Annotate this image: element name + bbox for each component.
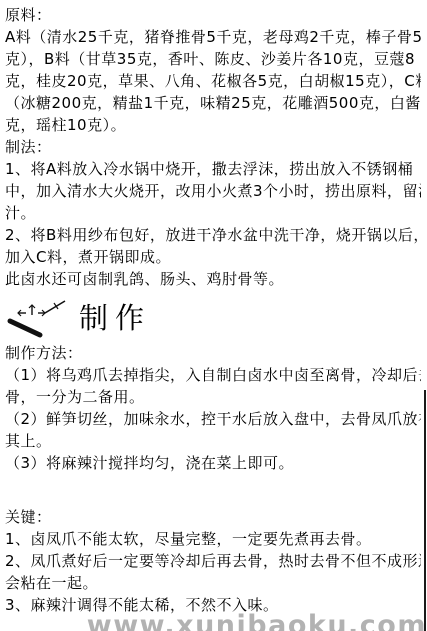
text-line: 此卤水还可卤制乳鸽、肠头、鸡肘骨等。: [5, 268, 421, 290]
text-line: 其上。: [5, 430, 421, 452]
right-border-line: [424, 390, 426, 631]
ingredients-heading: 原料：: [5, 4, 421, 26]
key-points-heading: 关键：: [5, 506, 421, 528]
watermark: www.xunibaoku.com: [87, 615, 427, 631]
production-section-heading: 制作: [5, 296, 421, 340]
text-line: （冰糖200克，精盐1千克，味精25克，花雕酒500克，白酱油50: [5, 92, 421, 114]
preparation-text: （1）将乌鸡爪去掉指尖，入自制白卤水中卤至离骨，冷却后去骨，一分为二备用。（2）…: [5, 364, 421, 474]
ingredients-text: A料（清水25千克，猪脊推骨5千克，老母鸡2千克，棒子骨5千克），B料（甘草35…: [5, 26, 421, 136]
section-method: 制法： 1、将A料放入冷水锅中烧开，撒去浮沫，捞出放入不锈钢桶中，加入清水大火烧…: [5, 136, 421, 290]
text-line: 骨，一分为二备用。: [5, 386, 421, 408]
preparation-heading: 制作方法：: [5, 342, 421, 364]
text-line: （1）将乌鸡爪去掉指尖，入自制白卤水中卤至离骨，冷却后去: [5, 364, 421, 386]
text-line: 会粘在一起。: [5, 572, 421, 594]
section-ingredients: 原料： A料（清水25千克，猪脊推骨5千克，老母鸡2千克，棒子骨5千克），B料（…: [5, 4, 421, 136]
text-line: 加入C料，煮开锅即成。: [5, 246, 421, 268]
text-line: 克，瑶柱10克）。: [5, 114, 421, 136]
text-line: 1、将A料放入冷水锅中烧开，撒去浮沫，捞出放入不锈钢桶: [5, 158, 421, 180]
text-line: 1、卤凤爪不能太软，尽量完整，一定要先煮再去骨。: [5, 528, 421, 550]
section-key-points: 关键： 1、卤凤爪不能太软，尽量完整，一定要先煮再去骨。2、凤爪煮好后一定要等冷…: [5, 506, 421, 616]
key-points-text: 1、卤凤爪不能太软，尽量完整，一定要先煮再去骨。2、凤爪煮好后一定要等冷却后再去…: [5, 528, 421, 616]
production-section-title: 制作: [79, 296, 151, 340]
knife-sketch-icon: [5, 296, 67, 340]
text-line: 2、凤爪煮好后一定要等冷却后再去骨，热时去骨不但不成形还: [5, 550, 421, 572]
text-line: A料（清水25千克，猪脊推骨5千克，老母鸡2千克，棒子骨5千: [5, 26, 421, 48]
text-line: 2、将B料用纱布包好，放进干净水盆中洗干净，烧开锅以后，: [5, 224, 421, 246]
section-preparation: 制作方法： （1）将乌鸡爪去掉指尖，入自制白卤水中卤至离骨，冷却后去骨，一分为二…: [5, 342, 421, 474]
text-line: （2）鲜笋切丝，加味汆水，控干水后放入盘中，去骨凤爪放在: [5, 408, 421, 430]
text-line: 中，加入清水大火烧开，改用小火煮3个小时，捞出原料，留汤: [5, 180, 421, 202]
text-line: 汁。: [5, 202, 421, 224]
text-line: 克），B料（甘草35克，香叶、陈皮、沙姜片各10克，豆蔻8: [5, 48, 421, 70]
text-line: 克，桂皮20克，草果、八角、花椒各5克，白胡椒15克），C料: [5, 70, 421, 92]
method-text: 1、将A料放入冷水锅中烧开，撒去浮沫，捞出放入不锈钢桶中，加入清水大火烧开，改用…: [5, 158, 421, 290]
method-heading: 制法：: [5, 136, 421, 158]
recipe-document-page: 原料： A料（清水25千克，猪脊推骨5千克，老母鸡2千克，棒子骨5千克），B料（…: [0, 0, 427, 631]
text-line: （3）将麻辣汁搅拌均匀，浇在菜上即可。: [5, 452, 421, 474]
